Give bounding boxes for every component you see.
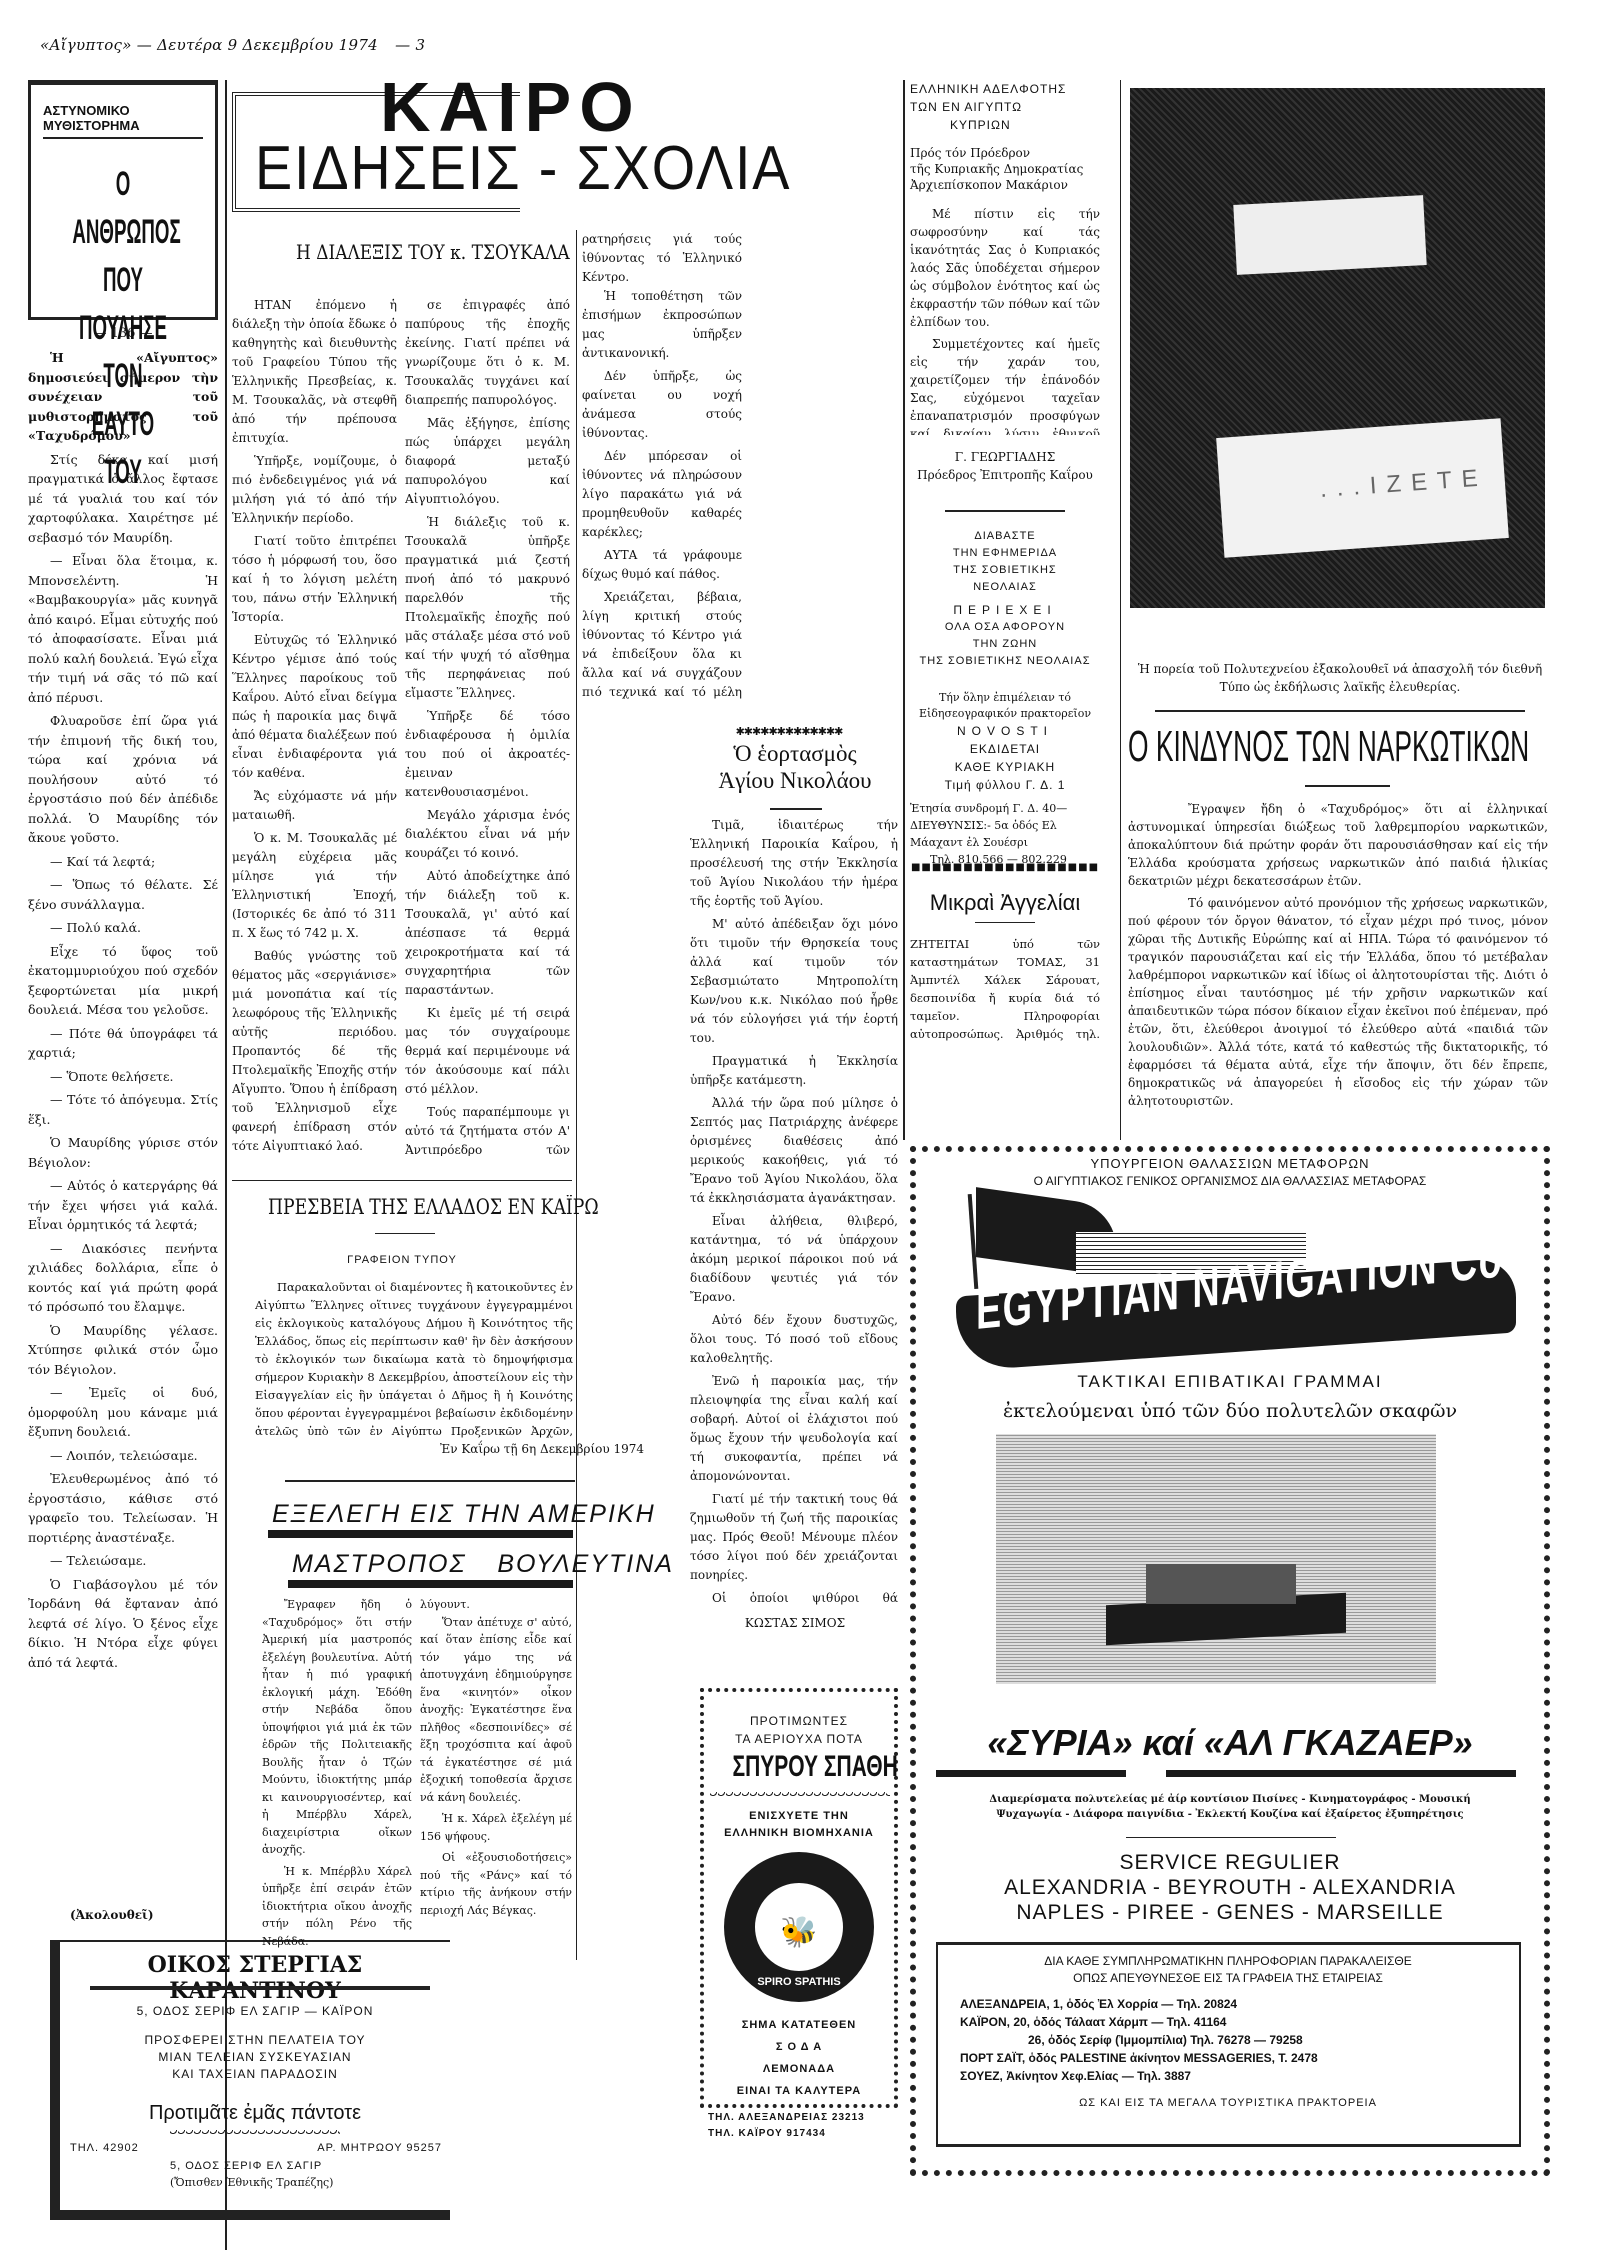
dot-divider: ■■■■■■■■■■■■■■■■■■ [910, 862, 1100, 873]
star-divider: ✱✱✱✱✱✱✱✱✱✱✱✱✱ [684, 725, 894, 738]
novosti-price: Τιμή φύλλου Γ. Δ. 1 [905, 776, 1105, 794]
serial-paragraph: Στίς δέκα καί μισή πραγματικά ὁ ἄλλος ἔφ… [28, 450, 218, 548]
divider [770, 808, 822, 810]
wavy-divider [710, 1792, 890, 1798]
novosti-line: ΤΗΣ ΣΟΒΙΕΤΙΚΗΣ [905, 562, 1105, 579]
divider [288, 1580, 573, 1588]
soda-product: ΕΙΝΑΙ ΤΑ ΚΑΛΥΤΕΡΑ [704, 2080, 894, 2102]
banner-news-comments: ΕΙΔΗΣΕΙΣ - ΣΧΟΛΙΑ [255, 138, 791, 200]
serial-paragraph: Εἶχε τό ὕφος τοῦ ἐκατομμυριούχου πού σχε… [28, 942, 218, 1020]
nav-ships: «ΣΥΡΙΑ» καί «ΑΛ ΓΚΑΖΑΕΡ» [916, 1722, 1544, 1764]
lecture-paragraph: Ὑπῆρξε δέ τόσο ἐνδιαφέρουσα ἡ ὁμιλία του… [405, 707, 570, 802]
feast-paragraph: Οἱ ὁποίοι ψιθύροι θά προκαλοῦν ἀνάμεσα κ… [690, 1589, 898, 1606]
photo-caption: Ἡ πορεία τοῦ Πολυτεχνείου ἐξακολουθεῖ νά… [1135, 660, 1545, 696]
lecture-paragraph: Ὑπῆρξε, νομίζουμε, ὁ πιό ἐνδεδειγμένος γ… [232, 452, 397, 528]
photo-sign: ...ΙΖΕΤΕ [1216, 418, 1509, 558]
narcotics-paragraph: Τό φαινόμενον αὐτό προνόμιον τῆς χρήσεως… [1128, 894, 1548, 1110]
serial-paragraph: Ὁ Γιαβάσογλου μέ τόν Ἰορδάνη θά ἔφταναν … [28, 1575, 218, 1673]
lecture-paragraph: Ὁ κ. Μ. Τσουκαλᾶς μέ μεγάλη εὐχέρεια μᾶς… [232, 829, 397, 943]
classifieds-text: ΖΗΤΕΙΤΑΙ ὑπό τῶν καταστημάτων ΤΟΜΑΣ, 31 … [910, 935, 1100, 1045]
soda-ad: ΠΡΟΤΙΜΩΝΤΕΣ ΤΑ ΑΕΡΙΟΥΧΑ ΠΟΤΑ ΣΠΥΡΟΥ ΣΠΑΘ… [700, 1688, 898, 2108]
novosti-subscription-block: Ἐτησία συνδρομή Γ. Δ. 40— ΔΙΕΥΘΥΝΣΙΣ:- 5… [910, 800, 1102, 868]
nav-service: SERVICE REGULIER ALEXANDRIA - BEYROUTH -… [916, 1850, 1544, 1925]
nav-info-line: ΟΠΩΣ ΑΠΕΥΘΥΝΕΣΘΕ ΕΙΣ ΤΑ ΓΡΑΦΕΙΑ ΤΗΣ ΕΤΑΙ… [938, 1970, 1518, 1987]
novosti-care: Τήν ὅλην ἐπιμέλειαν τό Εἰδησεογραφικόν π… [905, 690, 1105, 722]
bee-icon: 🐝 [724, 1918, 874, 1948]
novosti-details: NOVOSTI ΕΚΔΙΔΕΤΑΙ ΚΑΘΕ ΚΥΡΙΑΚΗ Τιμή φύλλ… [905, 722, 1105, 794]
column-rule [576, 230, 577, 1960]
novosti-line: ΔΙΑΒΑΣΤΕ [905, 528, 1105, 545]
photo-banner-top [1233, 195, 1426, 275]
ship-superstructure-icon [1146, 1564, 1296, 1604]
soda-support-line: ΕΝΙΣΧΥΕΤΕ ΤΗΝ [704, 1808, 894, 1825]
novosti-ad: ΔΙΑΒΑΣΤΕ ΤΗΝ ΕΦΗΜΕΡΙΔΑ ΤΗΣ ΣΟΒΙΕΤΙΚΗΣ ΝΕ… [905, 528, 1105, 670]
divider [375, 1233, 435, 1234]
narcotics-headline: Ο ΚΙΝΔΥΝΟΣ ΤΩΝ ΝΑΡΚΩΤΙΚΩΝ [1128, 722, 1529, 772]
lecture-paragraph: Αὐτό ἀποδείχτηκε ἀπό τήν διάλεξη τοῦ κ. … [405, 867, 570, 1000]
lecture-paragraph: Δέν μπόρεσαν οἱ ἰθύνοντες νά πληρώσουν λ… [582, 447, 742, 542]
nav-info-line: ΔΙΑ ΚΑΘΕ ΣΥΜΠΛΗΡΩΜΑΤΙΚΗΝ ΠΛΗΡΟΦΟΡΙΑΝ ΠΑΡ… [938, 1953, 1518, 1970]
signature-name: Γ. ΓΕΩΡΓΙΑΔΗΣ [910, 448, 1100, 466]
serial-label-line: ΑΣΤΥΝΟΜΙΚΟ [43, 103, 203, 118]
serial-body: Ἡ «Αἴγυπτος» δημοσιεύει σήμερον τὴν συνέ… [28, 348, 218, 1908]
divider [1126, 1837, 1336, 1838]
navigation-ad: ΥΠΟΥΡΓΕΙΟΝ ΘΑΛΑΣΣΙΩΝ ΜΕΤΑΦΟΡΩΝ Ο ΑΙΓΥΠΤΙ… [910, 1146, 1550, 2176]
serial-intro: Ἡ «Αἴγυπτος» δημοσιεύει σήμερον τὴν συνέ… [28, 348, 218, 446]
novosti-line: ΤΗΣ ΣΟΒΙΕΤΙΚΗΣ ΝΕΟΛΑΙΑΣ [905, 653, 1105, 670]
serial-paragraph: — Αὐτός ὁ κατεργάρης θά τήν ἔχει ψήσει γ… [28, 1176, 218, 1235]
soda-trademark: ΣΗΜΑ ΚΑΤΑΤΕΘΕΝ [704, 2014, 894, 2036]
lecture-paragraph: ΑΥΤΑ τά γράφουμε δίχως θυμό καί πάθος. [582, 546, 742, 584]
america-headline-2: ΜΑΣΤΡΟΠΟΣ ΒΟΥΛΕΥΤΙΝΑ [292, 1550, 674, 1579]
novosti-line: ΝΕΟΛΑΙΑΣ [905, 579, 1105, 596]
lecture-paragraph: Γιατί τοῦτο ἐπιτρέπει τόσο ἡ μόρφωσή του… [232, 532, 397, 627]
divider [936, 1770, 1126, 1777]
lecture-col-3: ρατηρήσεις γιά τούς ἰθύνοντας τό Ἑλληνικ… [582, 230, 742, 700]
soda-tagline: ΠΡΟΤΙΜΩΝΤΕΣ ΤΑ ΑΕΡΙΟΥΧΑ ΠΟΤΑ [704, 1712, 894, 1748]
embassy-headline: ΠΡΕΣΒΕΙΑ ΤΗΣ ΕΛΛΑΔΟΣ ΕΝ ΚΑΪΡΩ [268, 1195, 599, 1219]
nav-offices: ΑΛΕΞΑΝΔΡΕΙΑ, 1, ὁδός Ἐλ Χορρία — Τηλ. 20… [960, 1995, 1520, 2085]
feast-paragraph: Μ' αὐτό ἀπέδειξαν ὅχι μόνο ὅτι τιμοῦν τή… [690, 915, 898, 1048]
lecture-paragraph: Κι ἐμεῖς μέ τή σειρά μας τόν συγχαίρουμε… [405, 1004, 570, 1099]
nav-operated: ἐκτελούμεναι ὑπό τῶν δύο πολυτελῶν σκαφῶ… [916, 1400, 1544, 1422]
nav-offices-box: ΔΙΑ ΚΑΘΕ ΣΥΜΠΛΗΡΩΜΑΤΙΚΗΝ ΠΛΗΡΟΦΟΡΙΑΝ ΠΑΡ… [936, 1942, 1521, 2147]
lecture-paragraph: Δέν ὑπῆρξε, ὡς φαίνεται ου νοχή ἀνάμεσα … [582, 367, 742, 443]
column-rule [225, 80, 227, 2250]
logo-text: SPIRO SPATHIS [724, 1976, 874, 1988]
demonstration-photo: ...ΙΖΕΤΕ [1130, 88, 1545, 608]
soda-brand: ΣΠΥΡΟΥ ΣΠΑΘΗ [733, 1750, 866, 1784]
america-paragraph: λύγουντ. [420, 1596, 572, 1614]
divider [268, 1530, 573, 1538]
divider [285, 1480, 575, 1482]
cypriots-address: Πρός τόν Πρόεδρον τῆς Κυπριακῆς Δημοκρατ… [910, 145, 1100, 193]
cypriots-header: ΕΛΛΗΝΙΚΗ ΑΔΕΛΦΟΤΗΣ ΤΩΝ ΕΝ ΑΙΓΥΠΤΩ ΚΥΠΡΙΩ… [910, 80, 1100, 134]
cypriots-address-line: τῆς Κυπριακῆς Δημοκρατίας [910, 161, 1100, 177]
lecture-paragraph: Τούς παραπέμπουμε γι αὐτό τά ζητήματα στ… [405, 1103, 570, 1156]
feast-headline: Ὁ ἑορτασμὸς Ἁγίου Νικολάου [690, 740, 900, 794]
nav-amenities-line: Ψυχαγωγία - Διάφορα παιγνίδια - Ἐκλεκτή … [916, 1807, 1544, 1822]
soda-products: ΣΗΜΑ ΚΑΤΑΤΕΘΕΝ Σ Ο Δ Α ΛΕΜΟΝΑΔΑ ΕΙΝΑΙ ΤΑ… [704, 2014, 894, 2102]
nav-footer: ΩΣ ΚΑΙ ΕΙΣ ΤΑ ΜΕΓΑΛΑ ΤΟΥΡΙΣΤΙΚΑ ΠΡΑΚΤΟΡΕ… [938, 2097, 1518, 2109]
lecture-paragraph: Ἡ διάλεξις τοῦ κ. Τσουκαλᾶ ὑπῆρξε πραγμα… [405, 513, 570, 703]
nav-office: ΠΟΡΤ ΣΑΪΤ, ὁδός PALESTINE ἀκίνητον MESSA… [960, 2049, 1520, 2067]
cypriots-header-line: ΤΩΝ ΕΝ ΑΙΓΥΠΤΩ [910, 98, 1100, 116]
bee-logo-icon: 🐝 SPIRO SPATHIS [724, 1852, 874, 2002]
feast-headline-line: Ὁ ἑορτασμὸς [690, 740, 900, 767]
america-paragraph: Οἱ «ἐξουσιοδοτήσεις» πού τῆς «Ράνς» καί … [420, 1849, 572, 1919]
lecture-headline: Η ΔΙΑΛΕΞΙΣ ΤΟΥ κ. ΤΣΟΥΚΑΛΑ [296, 240, 570, 264]
divider [1155, 710, 1525, 712]
karantinos-phone: ΤΗΛ. 42902 [70, 2142, 139, 2154]
divider [945, 510, 1065, 512]
serial-paragraph: — Διακόσιες πενήντα χιλιάδες δολλάρια, ε… [28, 1239, 218, 1317]
embassy-dateline: Ἐν Καΐρω τῇ 6η Δεκεμβρίου 1974 [440, 1442, 644, 1456]
serial-paragraph: — Καί τά λεφτά; [28, 852, 218, 872]
soda-phone: ΤΗΛ. ΑΛΕΞΑΝΔΡΕΙΑΣ 23213 [708, 2110, 893, 2126]
narcotics-body: Ἔγραψεν ἤδη ὁ «Ταχυδρόμος» ὅτι αἱ ἑλληνι… [1128, 800, 1548, 1135]
feast-paragraph: Γιατί μέ τήν τακτική τους θά ζημιωθοῦν τ… [690, 1490, 898, 1585]
america-paragraph: Ἡ κ. Χάρελ ἐξελέγη μέ 156 ψήφους. [420, 1810, 572, 1845]
serial-paragraph: Ἐλευθερωμένος ἀπό τό ἐργοστάσιο, κάθισε … [28, 1469, 218, 1547]
embassy-paragraph: Παρακαλοῦνται οἱ διαμένοντες ἢ κατοικοῦν… [255, 1278, 573, 1438]
lecture-col-2: σε ἐπιγραφές ἀπό παπύρους τῆς ἐποχῆς ἐκε… [405, 296, 570, 1156]
embassy-subheading: ΓΡΑΦΕΙΟΝ ΤΥΠΟΥ [232, 1254, 572, 1266]
novosti-subscription: Ἐτησία συνδρομή Γ. Δ. 40— [910, 800, 1102, 817]
america-paragraph: Ἡ κ. Μπέρβλυ Χάρελ ὑπῆρξε ἐπί σειράν ἐτῶ… [262, 1863, 412, 1951]
divider [975, 922, 1035, 923]
novosti-address: ΔΙΕΥΘΥΝΣΙΣ:- 5α ὁδός Ελ Μάαχαντ ἐλ Σουέσ… [910, 817, 1102, 851]
wavy-divider [170, 2130, 340, 2136]
feast-paragraph: Ἐνῶ ἡ παροικία μας, τήν πλειοψηφία της ε… [690, 1372, 898, 1486]
feast-paragraph: Αὐτό δέν ἔχουν δυστυχῶς, ὅλοι τους. Τό π… [690, 1311, 898, 1368]
serial-paragraph: — Ὅποτε θελήσετε. [28, 1067, 218, 1087]
novosti-line: ΤΗΝ ΖΩΗΝ [905, 636, 1105, 653]
lecture-paragraph: Χρειάζεται, βέβαια, λίγη κριτική στούς ἰ… [582, 588, 742, 700]
cypriots-header-line: ΕΛΛΗΝΙΚΗ ΑΔΕΛΦΟΤΗΣ [910, 80, 1100, 98]
serial-installment: — 136 — [28, 326, 218, 341]
soda-product: ΛΕΜΟΝΑΔΑ [704, 2058, 894, 2080]
serial-paragraph: Ὁ Μαυρίδης γέλασε. Χτύπησε φιλικά στόν ὦ… [28, 1321, 218, 1380]
soda-phones: ΤΗΛ. ΑΛΕΞΑΝΔΡΕΙΑΣ 23213 ΤΗΛ. ΚΑΪΡΟΥ 9174… [708, 2110, 893, 2142]
embassy-body: Παρακαλοῦνται οἱ διαμένοντες ἢ κατοικοῦν… [255, 1278, 573, 1438]
cypriots-body: Μέ πίστιν εἰς τήν σωφροσύνην καί τάς ἱκα… [910, 205, 1100, 435]
america-headline-1: ΕΞΕΛΕΓΗ ΕΙΣ ΤΗΝ ΑΜΕΡΙΚΗ [272, 1500, 656, 1529]
banner-cairo: ΚΑΙΡΟ [380, 72, 642, 142]
serial-paragraph: — Ὅπως τό θέλατε. Σέ ξένο συνάλλαγμα. [28, 875, 218, 914]
divider [232, 1180, 572, 1181]
cypriots-signature: Γ. ΓΕΩΡΓΙΑΔΗΣ Πρόεδρος Ἐπιτροπῆς Καΐρου [910, 448, 1100, 484]
lecture-paragraph: Ἄς εὐχόμαστε νά μήν ματαιωθῆ. [232, 787, 397, 825]
serial-paragraph: — Τελειώσαμε. [28, 1551, 218, 1571]
cypriots-paragraph: Συμμετέχοντες καί ἡμεῖς εἰς τήν χαράν το… [910, 335, 1100, 435]
novosti-contains: ΠΕΡΙΕΧΕΙ [905, 602, 1105, 619]
lecture-paragraph: Βαθύς γνώστης τοῦ θέματος μᾶς «σεργιάνισ… [232, 947, 397, 1156]
soda-support-line: ΕΛΛΗΝΙΚΗ ΒΙΟΜΗΧΑΝΙΑ [704, 1825, 894, 1842]
nav-office: 26, ὁδός Σερίφ (Ἰμμομπίλια) Τηλ. 76278 —… [960, 2031, 1520, 2049]
novosti-published: ΕΚΔΙΔΕΤΑΙ [905, 740, 1105, 758]
serial-paragraph: — Πολύ καλά. [28, 918, 218, 938]
soda-support: ΕΝΙΣΧΥΕΤΕ ΤΗΝ ΕΛΛΗΝΙΚΗ ΒΙΟΜΗΧΑΝΙΑ [704, 1808, 894, 1842]
narcotics-paragraph: Ἔγραψεν ἤδη ὁ «Ταχυδρόμος» ὅτι αἱ ἑλληνι… [1128, 800, 1548, 890]
lecture-paragraph: Μεγάλο χάρισμα ἐνός διαλέκτου εἶναι νά μ… [405, 806, 570, 863]
nav-ministry: ΥΠΟΥΡΓΕΙΟΝ ΘΑΛΑΣΣΙΩΝ ΜΕΤΑΦΟΡΩΝ [916, 1156, 1544, 1171]
lecture-paragraph: σε ἐπιγραφές ἀπό παπύρους τῆς ἐποχῆς ἐκε… [405, 296, 570, 410]
nav-service-heading: SERVICE REGULIER [916, 1850, 1544, 1875]
novosti-agency: NOVOSTI [905, 722, 1105, 740]
page-number: — 3 [395, 36, 425, 54]
cypriots-address-line: Ἀρχιεπίσκοπον Μακάριον [910, 177, 1100, 193]
soda-phone: ΤΗΛ. ΚΑΪΡΟΥ 917434 [708, 2126, 893, 2142]
soda-tagline-line: ΠΡΟΤΙΜΩΝΤΕΣ [704, 1712, 894, 1730]
serial-label: ΑΣΤΥΝΟΜΙΚΟ ΜΥΘΙΣΤΟΡΗΜΑ [43, 103, 203, 139]
novosti-every: ΚΑΘΕ ΚΥΡΙΑΚΗ [905, 758, 1105, 776]
column-rule [1120, 80, 1121, 1140]
nav-office: ΚΑΪΡΟΝ, 20, ὁδός Τάλαατ Χάρμπ — Τηλ. 411… [960, 2013, 1520, 2031]
nav-org: Ο ΑΙΓΥΠΤΙΑΚΟΣ ΓΕΝΙΚΟΣ ΟΡΓΑΝΙΣΜΟΣ ΔΙΑ ΘΑΛ… [916, 1174, 1544, 1188]
lecture-col-1: ΗΤΑΝ ἐπόμενο ἡ διάλεξη τὴν ὁποία ἔδωκε ὁ… [232, 296, 397, 1156]
lecture-paragraph: Εὐτυχῶς τό Ἑλληνικό Κέντρο γέμισε ἀπό το… [232, 631, 397, 783]
feast-paragraph: Εἶναι ἀλήθεια, θλιβερό, κατάντημα, τό νά… [690, 1212, 898, 1307]
nav-amenities: Διαμερίσματα πολυτελείας μέ ἀίρ κοντίσιο… [916, 1792, 1544, 1822]
lecture-paragraph: ρατηρήσεις γιά τούς ἰθύνοντας τό Ἑλληνικ… [582, 230, 742, 287]
lecture-paragraph: ΗΤΑΝ ἐπόμενο ἡ διάλεξη τὴν ὁποία ἔδωκε ὁ… [232, 296, 397, 448]
feast-paragraph: Ἀλλά τήν ὥρα πού μίλησε ὁ Σεπτός μας Πατ… [690, 1094, 898, 1208]
lecture-paragraph: Μᾶς ἐξήγησε, ἐπίσης πώς ὑπάρχει μεγάλη δ… [405, 414, 570, 509]
serial-paragraph: — Ἐμεῖς οἱ δυό, ὁμορφούλη μου κάναμε μιά… [28, 1383, 218, 1442]
serial-paragraph: — Εἶναι ὅλα ἕτοιμα, κ. Μπονσελέντη. Ἡ «Β… [28, 551, 218, 707]
nav-lines-heading: ΤΑΚΤΙΚΑΙ ΕΠΙΒΑΤΙΚΑΙ ΓΡΑΜΜΑΙ [916, 1372, 1544, 1392]
lecture-paragraph: Ἡ τοποθέτηση τῶν ἐπισήμων ἐκπροσώπων μας… [582, 287, 742, 363]
serial-label-line: ΜΥΘΙΣΤΟΡΗΜΑ [43, 118, 203, 133]
divider [1166, 1770, 1516, 1777]
serial-paragraph: Ὁ Μαυρίδης γύρισε στόν Βέγιολον: [28, 1133, 218, 1172]
america-col-1: Ἔγραφεν ἤδη ὁ «Ταχυδρόμος» ὅτι στήν Ἀμερ… [262, 1596, 412, 2116]
serial-paragraph: — Τότε τό ἀπόγευμα. Στίς ἕξι. [28, 1090, 218, 1129]
feast-headline-line: Ἁγίου Νικολάου [690, 767, 900, 794]
feast-body: Τιμᾶ, ἰδιαιτέρως τήν Ἑλληνική Παροικία Κ… [690, 816, 898, 1606]
nav-office: ΑΛΕΞΑΝΔΡΕΙΑ, 1, ὁδός Ἐλ Χορρία — Τηλ. 20… [960, 1995, 1520, 2013]
serial-header-box: ΑΣΤΥΝΟΜΙΚΟ ΜΥΘΙΣΤΟΡΗΜΑ Ο ΑΝΘΡΩΠΟΣ ΠΟΥ ΠΟ… [28, 80, 218, 320]
karantinos-address2: 5, ΟΔΟΣ ΣΕΡΙΦ ΕΛ ΣΑΓΙΡ [170, 2160, 322, 2172]
cypriots-header-line: ΚΥΠΡΙΩΝ [910, 116, 1100, 134]
masthead: «Αἴγυπτος» — Δευτέρα 9 Δεκεμβρίου 1974 —… [40, 36, 425, 54]
masthead-text: «Αἴγυπτος» — Δευτέρα 9 Δεκεμβρίου 1974 [40, 36, 378, 54]
soda-product: Σ Ο Δ Α [704, 2036, 894, 2058]
serial-title-line: Ο ΑΝΘΡΩΠΟΣ [72, 160, 173, 256]
nav-info: ΔΙΑ ΚΑΘΕ ΣΥΜΠΛΗΡΩΜΑΤΙΚΗΝ ΠΛΗΡΟΦΟΡΙΑΝ ΠΑΡ… [938, 1953, 1518, 1987]
serial-paragraph: Φλυαροῦσε ἐπί ὥρα γιά τήν ἐπιμονή τῆς δι… [28, 711, 218, 848]
signature-title: Πρόεδρος Ἐπιτροπῆς Καΐρου [910, 466, 1100, 484]
divider [1305, 785, 1390, 787]
america-paragraph: Ἔγραφεν ἤδη ὁ «Ταχυδρόμος» ὅτι στήν Ἀμερ… [262, 1596, 412, 1859]
classified-ad: ΖΗΤΕΙΤΑΙ ὑπό τῶν καταστημάτων ΤΟΜΑΣ, 31 … [910, 935, 1100, 1045]
novosti-line: ΟΛΑ ΟΣΑ ΑΦΟΡΟΥΝ [905, 619, 1105, 636]
america-paragraph: Ὅταν ἀπέτυχε σ' αὐτό, καί ὅταν ἐπίσης εἶ… [420, 1614, 572, 1807]
photo-sign-text: ...ΙΖΕΤΕ [1319, 464, 1489, 504]
novosti-line: ΤΗΝ ΕΦΗΜΕΡΙΔΑ [905, 545, 1105, 562]
serial-paragraph: — Λοιπόν, τελειώσαμε. [28, 1446, 218, 1466]
nav-route: ALEXANDRIA - BEYROUTH - ALEXANDRIA [916, 1875, 1544, 1900]
america-col-2: λύγουντ. Ὅταν ἀπέτυχε σ' αὐτό, καί ὅταν … [420, 1596, 572, 2216]
serial-continued: (Ἀκολουθεῖ) [70, 1908, 154, 1922]
serial-paragraph: — Πότε θά ὑπογράφει τά χαρτιά; [28, 1024, 218, 1063]
soda-tagline-line: ΤΑ ΑΕΡΙΟΥΧΑ ΠΟΤΑ [704, 1730, 894, 1748]
nav-route: NAPLES - PIREE - GENES - MARSEILLE [916, 1900, 1544, 1925]
cypriots-address-line: Πρός τόν Πρόεδρον [910, 145, 1100, 161]
classifieds-heading: Μικραὶ Ἀγγελίαι [905, 890, 1105, 916]
cypriots-paragraph: Μέ πίστιν εἰς τήν σωφροσύνην καί τάς ἱκα… [910, 205, 1100, 331]
karantinos-landmark: (Ὄπισθεν Ἐθνικῆς Τραπέζης) [170, 2176, 333, 2189]
ship-photo [996, 1434, 1436, 1684]
feast-signature: ΚΩΣΤΑΣ ΣΙΜΟΣ [690, 1616, 900, 1630]
feast-paragraph: Πραγματικά ἡ Ἐκκλησία ὑπῆρξε κατάμεστη. [690, 1052, 898, 1090]
feast-paragraph: Τιμᾶ, ἰδιαιτέρως τήν Ἑλληνική Παροικία Κ… [690, 816, 898, 911]
nav-office: ΣΟΥΕΖ, Ἀκίνητον Χεφ.Ελίας — Τηλ. 3887 [960, 2067, 1520, 2085]
nav-amenities-line: Διαμερίσματα πολυτελείας μέ ἀίρ κοντίσιο… [916, 1792, 1544, 1807]
